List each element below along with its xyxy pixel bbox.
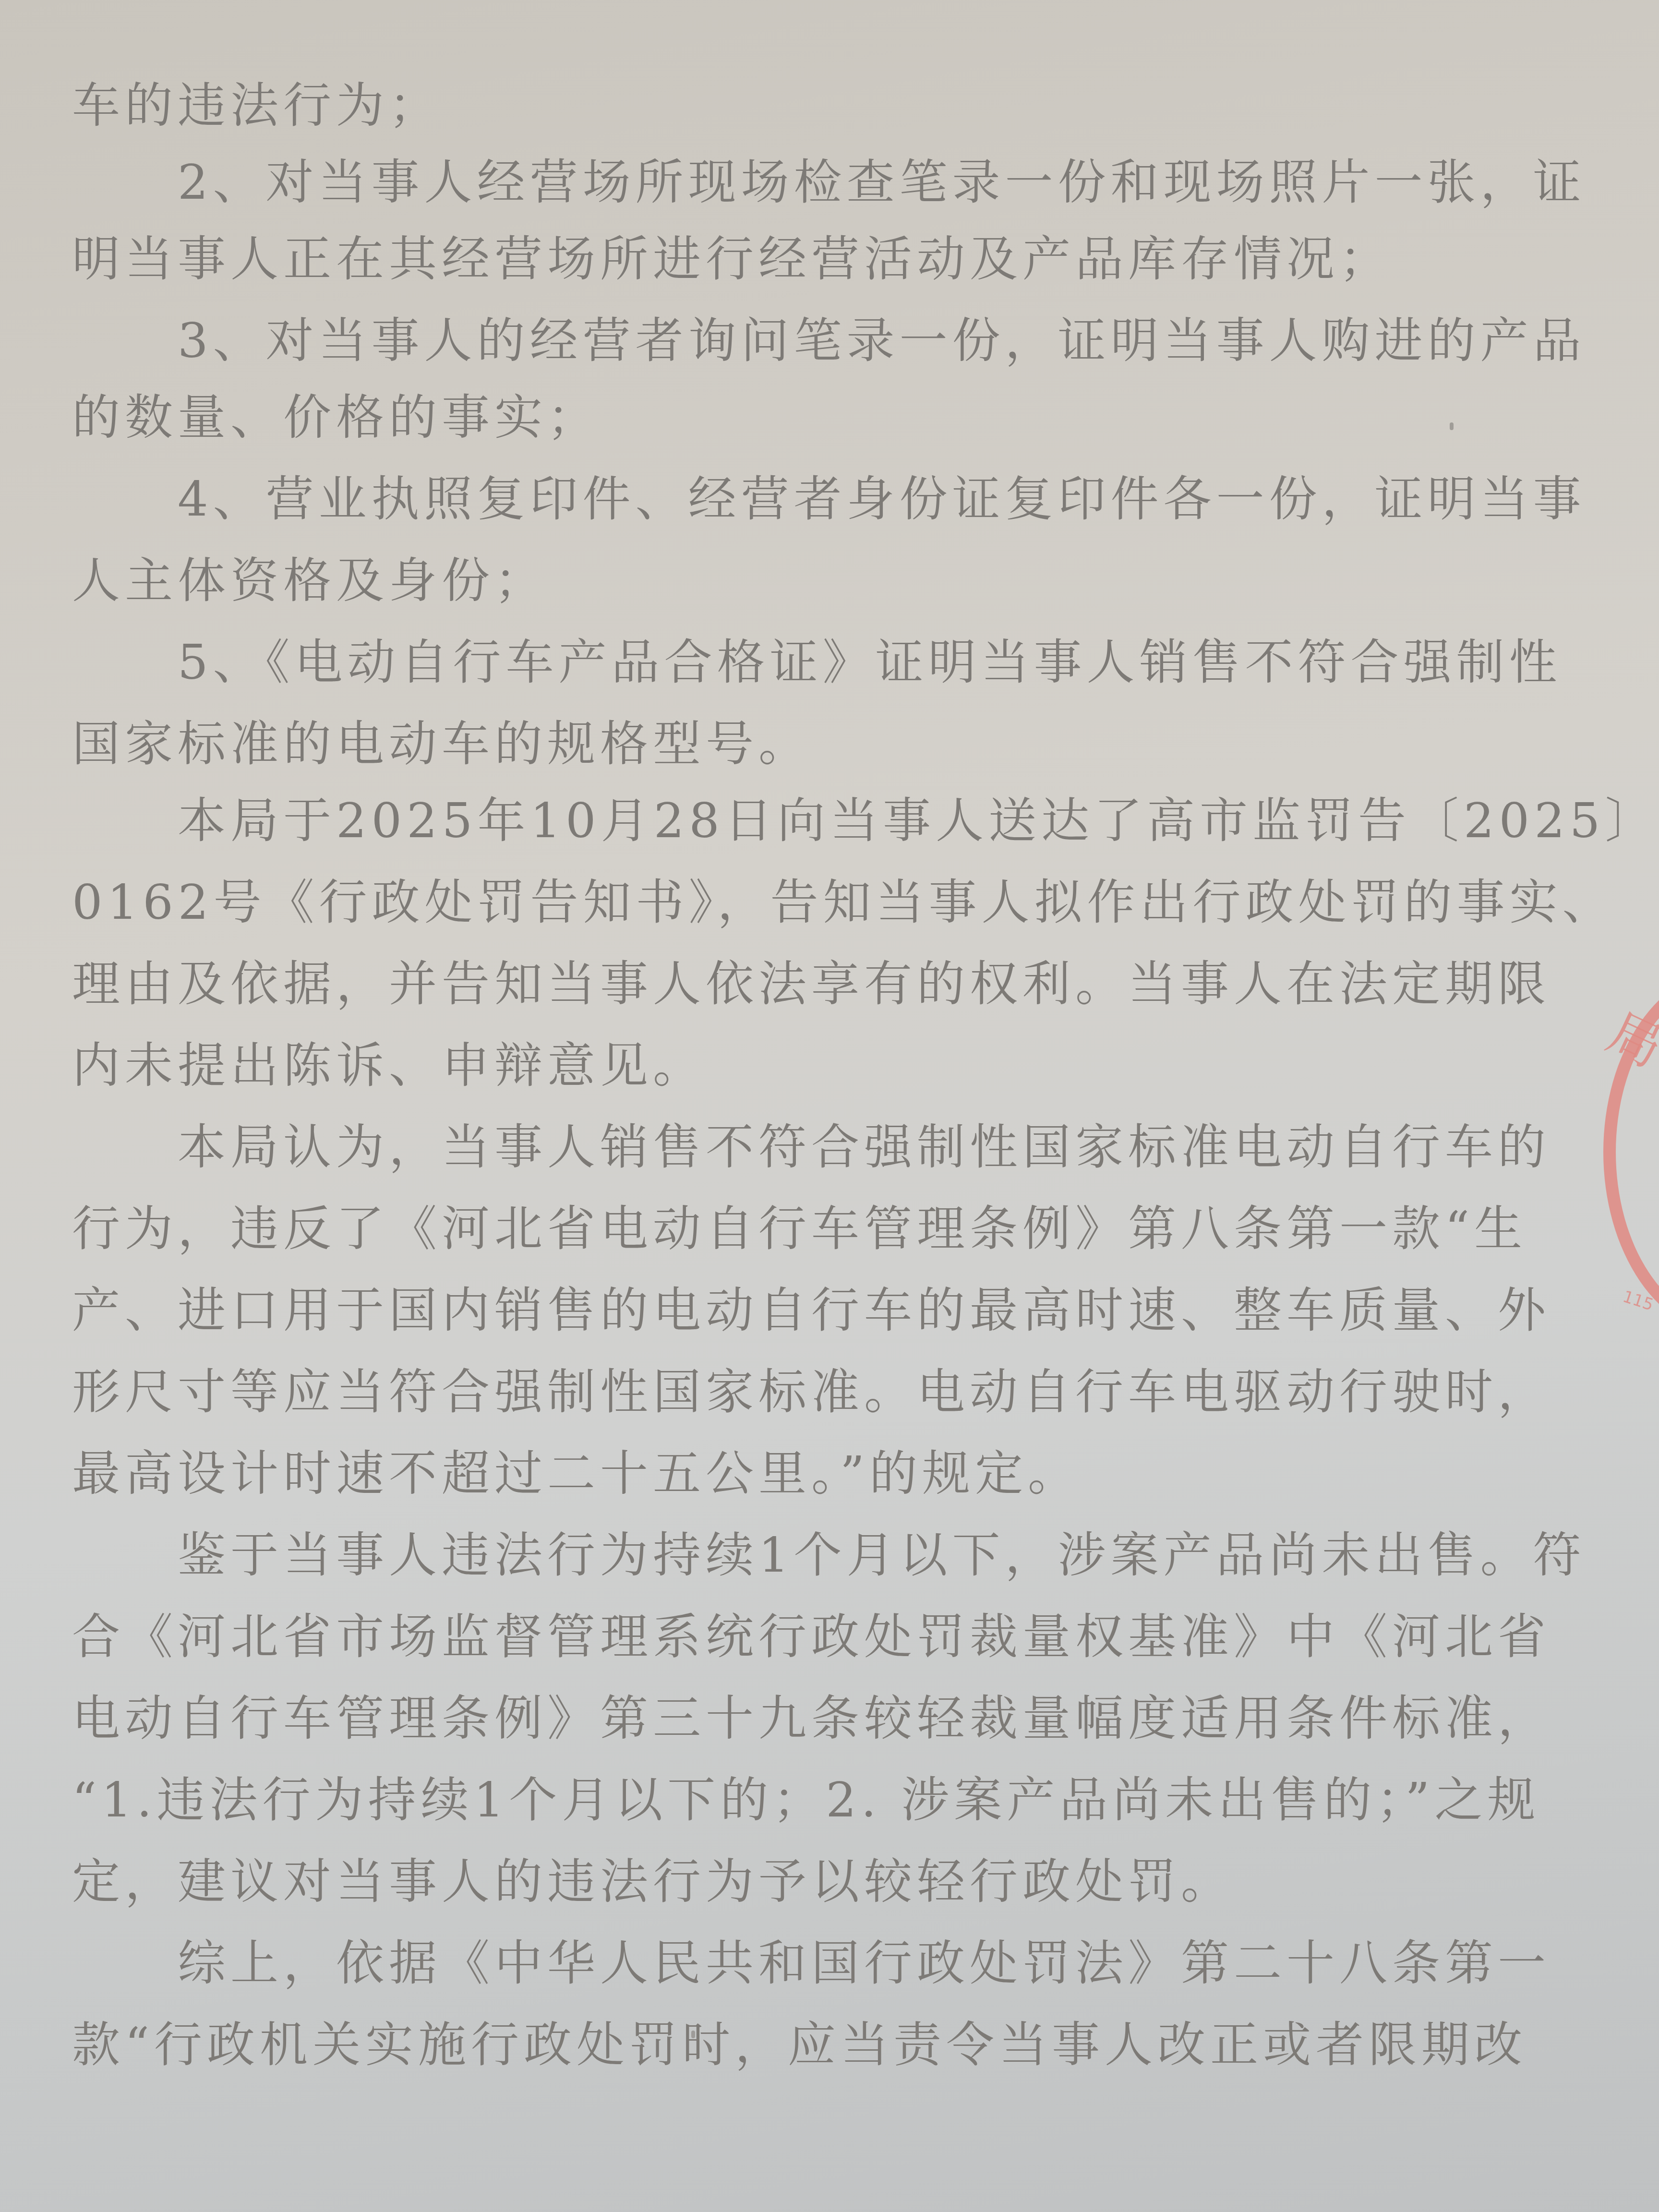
text-line-16: 产、进口用于国内销售的电动自行车的最高时速、整车质量、外 — [72, 1282, 1551, 1339]
text-line-5: 的数量、价格的事实； — [72, 389, 600, 446]
text-line-15: 行为，违反了《河北省电动自行车管理条例》第八条第一款“生 — [72, 1200, 1527, 1258]
text-line-10: 本局于2025年10月28日向当事人送达了高市监罚告〔2025〕 — [72, 792, 1658, 850]
text-line-23: 定，建议对当事人的违法行为予以较轻行政处罚。 — [72, 1853, 1234, 1911]
text-line-12: 理由及依据，并告知当事人依法享有的权利。当事人在法定期限 — [72, 955, 1551, 1013]
text-line-18: 最高设计时速不超过二十五公里。”的规定。 — [72, 1445, 1081, 1503]
text-line-9: 国家标准的电动车的规格型号。 — [72, 715, 811, 773]
text-line-11: 0162号《行政处罚告知书》，告知当事人拟作出行政处罚的事实、 — [72, 874, 1615, 931]
paper-speck — [1450, 422, 1454, 430]
text-line-20: 合《河北省市场监督管理系统行政处罚裁量权基准》中《河北省 — [72, 1608, 1551, 1666]
text-line-7: 人主体资格及身份； — [72, 552, 547, 610]
text-line-17: 形尺寸等应当符合强制性国家标准。电动自行车电驱动行驶时， — [72, 1363, 1551, 1421]
text-line-24: 综上，依据《中华人民共和国行政处罚法》第二十八条第一 — [72, 1935, 1551, 1992]
text-line-8: 5、《电动自行车产品合格证》证明当事人销售不符合强制性 — [72, 634, 1562, 691]
text-line-13: 内未提出陈诉、申辩意见。 — [72, 1037, 706, 1094]
text-line-2: 2、对当事人经营场所现场检查笔录一份和现场照片一张，证 — [72, 154, 1586, 211]
text-line-22: “1.违法行为持续1个月以下的；2. 涉案产品尚未出售的；”之规 — [72, 1771, 1540, 1829]
paper-speck — [691, 2031, 695, 2038]
text-line-3: 明当事人正在其经营场所进行经营活动及产品库存情况； — [72, 230, 1392, 288]
text-line-6: 4、营业执照复印件、经营者身份证复印件各一份，证明当事 — [72, 470, 1586, 528]
text-line-4: 3、对当事人的经营者询问笔录一份，证明当事人购进的产品 — [72, 312, 1586, 370]
text-line-14: 本局认为，当事人销售不符合强制性国家标准电动自行车的 — [72, 1118, 1551, 1176]
text-line-21: 电动自行车管理条例》第三十九条较轻裁量幅度适用条件标准， — [72, 1690, 1551, 1747]
seal-char-1: 局 — [1597, 991, 1659, 1082]
text-line-1: 车的违法行为； — [72, 77, 442, 134]
text-line-25: 款“行政机关实施行政处罚时，应当责令当事人改正或者限期改 — [72, 2016, 1527, 2074]
text-line-19: 鉴于当事人违法行为持续1个月以下，涉案产品尚未出售。符 — [72, 1527, 1586, 1584]
